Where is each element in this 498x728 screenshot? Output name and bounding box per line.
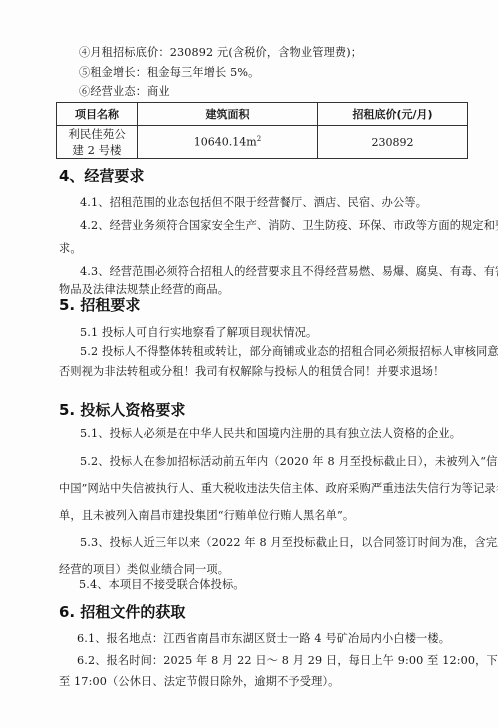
section-5b-p1: 5.1、投标人必须是在中华人民共和国境内注册的具有独立法人资格的企业。 bbox=[80, 425, 461, 441]
section-4-p3-line1: 4.3、经营范围必须符合招租人的经营要求且不得经营易燃、易爆、腐臭、有毒、有害 bbox=[80, 263, 498, 279]
section-5b-p3-line2: 经营的项目）类似业绩合同一项。 bbox=[59, 561, 229, 577]
section-5a-title: 5. 招租要求 bbox=[59, 294, 140, 315]
section-6-p2-line2: 至 17:00（公休日、法定节假日除外，逾期不予受理）。 bbox=[59, 673, 340, 689]
section-6-title: 6. 招租文件的获取 bbox=[59, 601, 185, 622]
project-name-line1: 利民佳苑公 bbox=[57, 126, 137, 142]
col-header-area: 建筑面积 bbox=[138, 103, 318, 126]
item-monthly-rent: ④月租招标底价：230892 元(含税价，含物业管理费)； bbox=[79, 44, 362, 60]
document-page: ④月租招标底价：230892 元(含税价，含物业管理费)； ⑤租金增长：租金每三… bbox=[0, 0, 498, 728]
section-6-p2-line1: 6.2、报名时间：2025 年 8 月 22 日～ 8 月 29 日，每日上午 … bbox=[77, 652, 498, 668]
area-value: 10640.14m bbox=[194, 136, 257, 149]
cell-area: 10640.14m2 bbox=[138, 126, 318, 159]
property-table: 项目名称 建筑面积 招租底价(元/月) 利民佳苑公 建 2 号楼 10640.1… bbox=[56, 102, 468, 159]
section-5b-p2-line1: 5.2、投标人在参加招标活动前五年内（2020 年 8 月至投标截止日），未被列… bbox=[80, 453, 498, 469]
section-5b-title: 5. 投标人资格要求 bbox=[59, 399, 185, 420]
section-5b-p2-line2: 中国”网站中失信被执行人、重大税收违法失信主体、政府采购严重违法失信行为等记录名 bbox=[59, 480, 498, 496]
section-5a-p2-line1: 5.2 投标人不得整体转租或转让，部分商铺或业态的招租合同必须报招标人审核同意。 bbox=[80, 343, 498, 359]
section-4-p1: 4.1、招租范围的业态包括但不限于经营餐厅、酒店、民宿、办公等。 bbox=[80, 194, 427, 210]
section-5b-p2-line3: 单，且未被列入南昌市建投集团“行贿单位行贿人黑名单”。 bbox=[59, 507, 354, 523]
project-name-line2: 建 2 号楼 bbox=[57, 142, 137, 158]
section-4-p2-line1: 4.2、经营业务须符合国家安全生产、消防、卫生防疫、环保、市政等方面的规定和要 bbox=[80, 217, 498, 233]
area-unit-sup: 2 bbox=[257, 135, 261, 143]
section-6-p1: 6.1、报名地点：江西省南昌市东湖区贤士一路 4 号矿冶局内小白楼一楼。 bbox=[77, 630, 450, 646]
table-header-row: 项目名称 建筑面积 招租底价(元/月) bbox=[57, 103, 468, 126]
section-5a-p1: 5.1 投标人可自行实地察看了解项目现状情况。 bbox=[80, 324, 317, 340]
item-business-type: ⑥经营业态：商业 bbox=[79, 83, 170, 99]
item-rent-growth: ⑤租金增长：租金每三年增长 5%。 bbox=[79, 64, 259, 80]
section-5a-p2-line2: 否则视为非法转租或分租！我司有权解除与投标人的租赁合同！并要求退场！ bbox=[59, 363, 444, 379]
section-4-p2-line2: 求。 bbox=[59, 240, 82, 256]
cell-project-name: 利民佳苑公 建 2 号楼 bbox=[57, 126, 138, 159]
cell-price: 230892 bbox=[318, 126, 468, 159]
section-5b-p3-line1: 5.3、投标人近三年以来（2022 年 8 月至投标截止日，以合同签订时间为准，… bbox=[80, 534, 498, 550]
section-4-title: 4、经营要求 bbox=[59, 165, 144, 186]
section-5b-p4: 5.4、本项目不接受联合体投标。 bbox=[79, 576, 245, 592]
col-header-price: 招租底价(元/月) bbox=[318, 103, 468, 126]
table-row: 利民佳苑公 建 2 号楼 10640.14m2 230892 bbox=[57, 126, 468, 159]
col-header-name: 项目名称 bbox=[57, 103, 138, 126]
